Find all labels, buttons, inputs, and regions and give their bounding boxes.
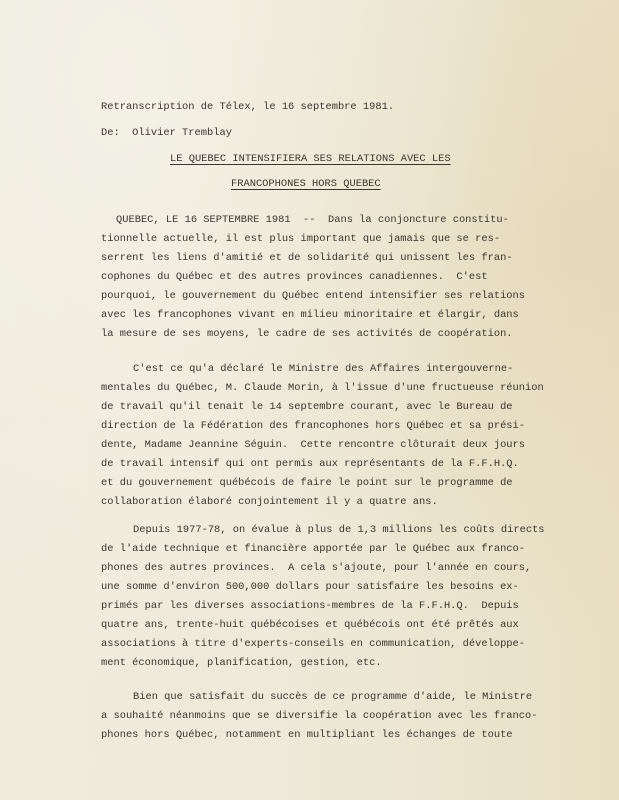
paragraph-line: associations à titre d'experts-conseils … bbox=[101, 637, 525, 651]
paragraph-line: direction de la Fédération des francopho… bbox=[101, 419, 525, 433]
paragraph-line: et du gouvernement québécois de faire le… bbox=[101, 476, 513, 490]
paragraph-line: Bien que satisfait du succès de ce progr… bbox=[133, 690, 532, 704]
paragraph-line: avec les francophones vivant en milieu m… bbox=[101, 308, 519, 322]
document-title-line-1: LE QUEBEC INTENSIFIERA SES RELATIONS AVE… bbox=[170, 152, 451, 166]
paragraph-line: collaboration élaboré conjointement il y… bbox=[101, 495, 438, 509]
paragraph-line: QUEBEC, LE 16 SEPTEMBRE 1981 -- Dans la … bbox=[116, 213, 509, 227]
paragraph-line: de travail intensif qui ont permis aux r… bbox=[101, 457, 519, 471]
paragraph-line: de travail qu'il tenait le 14 septembre … bbox=[101, 400, 513, 414]
paragraph-line: quatre ans, trente-huit québécoises et q… bbox=[101, 618, 519, 632]
paragraph-line: serrent les liens d'amitié et de solidar… bbox=[101, 251, 513, 265]
paragraph-line: mentales du Québec, M. Claude Morin, à l… bbox=[101, 381, 544, 395]
paragraph-line: ment économique, planification, gestion,… bbox=[101, 656, 382, 670]
paragraph-line: une somme d'environ 500,000 dollars pour… bbox=[101, 580, 519, 594]
paragraph-line: de l'aide technique et financière apport… bbox=[101, 542, 525, 556]
from-line: De: Olivier Tremblay bbox=[101, 126, 232, 140]
paragraph-line: phones hors Québec, notamment en multipl… bbox=[101, 728, 513, 742]
document-page: Retranscription de Télex, le 16 septembr… bbox=[0, 0, 619, 800]
paragraph-line: C'est ce qu'a déclaré le Ministre des Af… bbox=[133, 362, 513, 376]
paragraph-line: tionnelle actuelle, il est plus importan… bbox=[101, 232, 500, 246]
paragraph-line: pourquoi, le gouvernement du Québec ente… bbox=[101, 289, 525, 303]
paragraph-line: dente, Madame Jeannine Séguin. Cette ren… bbox=[101, 438, 525, 452]
document-header-line: Retranscription de Télex, le 16 septembr… bbox=[101, 100, 394, 114]
paragraph-line: la mesure de ses moyens, le cadre de ses… bbox=[101, 327, 513, 341]
paragraph-line: Depuis 1977-78, on évalue à plus de 1,3 … bbox=[133, 523, 545, 537]
paragraph-line: phones des autres provinces. A cela s'aj… bbox=[101, 561, 531, 575]
paragraph-line: a souhaité néanmoins que se diversifie l… bbox=[101, 709, 537, 723]
paragraph-line: primés par les diverses associations-mem… bbox=[101, 599, 519, 613]
document-title-line-2: FRANCOPHONES HORS QUEBEC bbox=[231, 177, 381, 191]
paragraph-line: cophones du Québec et des autres provinc… bbox=[101, 270, 488, 284]
